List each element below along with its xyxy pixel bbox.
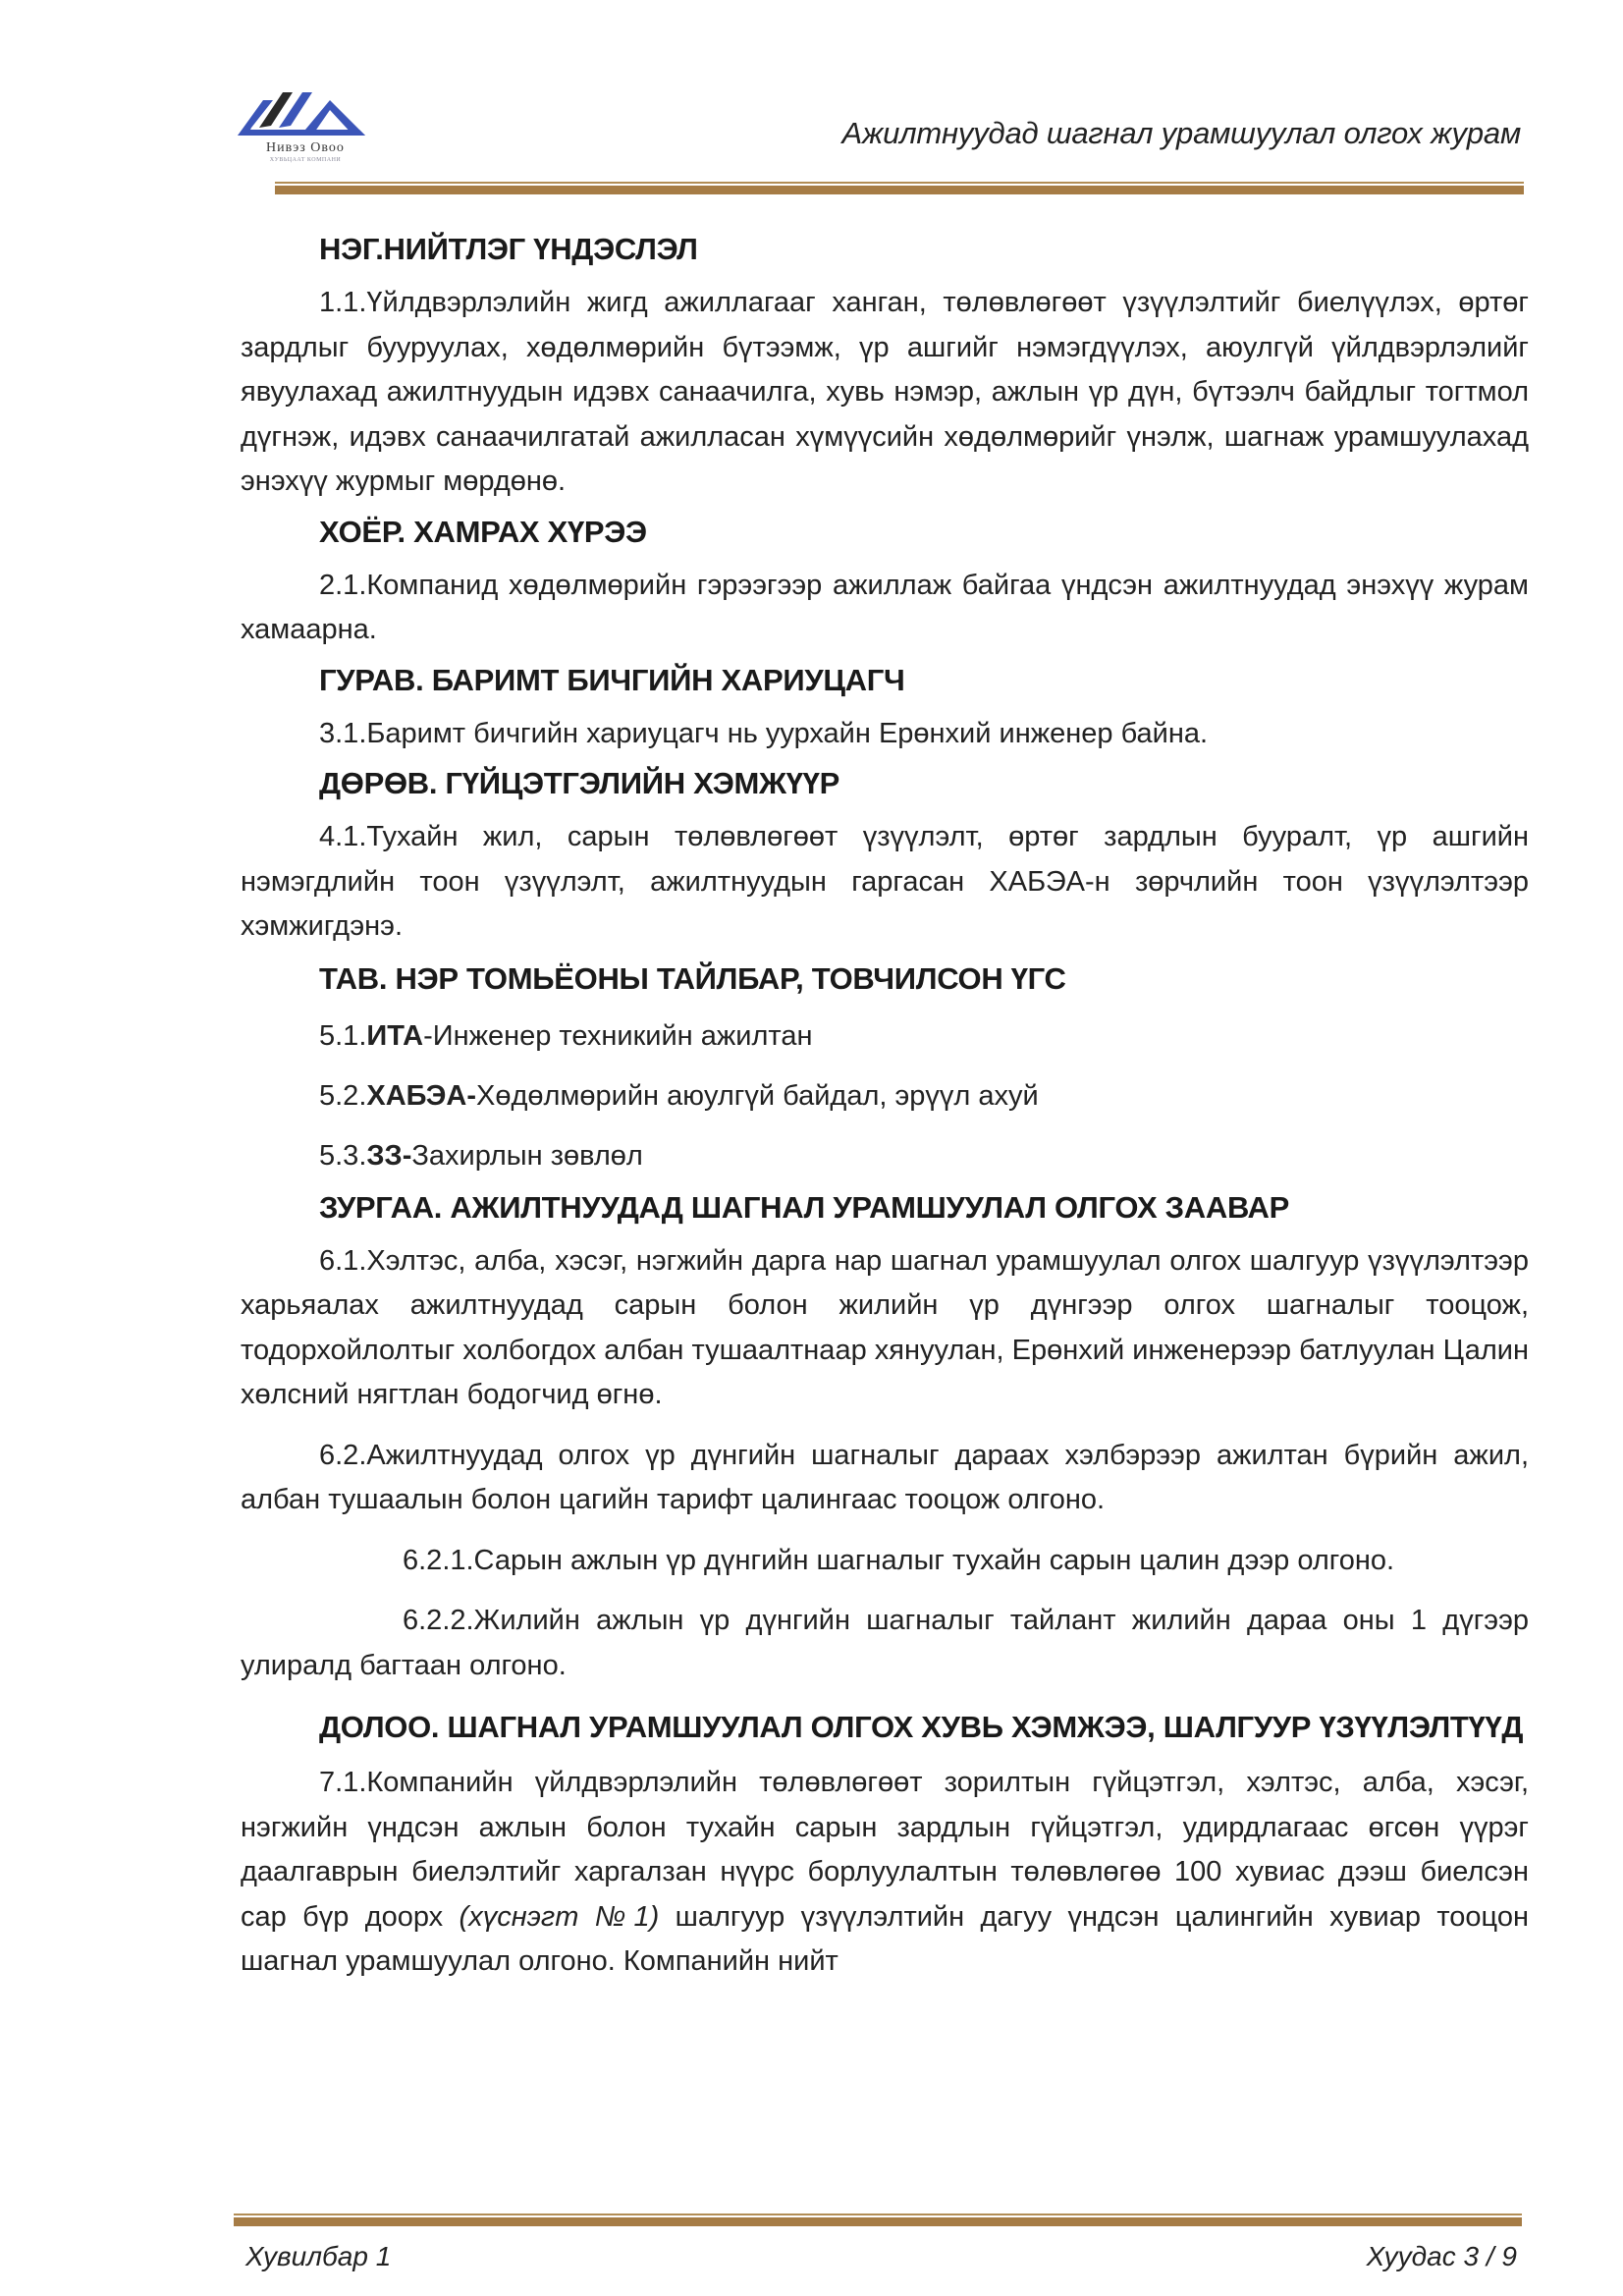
document-body: НЭГ.НИЙТЛЭГ ҮНДЭСЛЭЛ 1.1.Үйлдвэрлэлийн ж…: [241, 228, 1529, 1985]
logo-name: Нивэз Овоо: [232, 140, 379, 156]
section-heading-7: ДОЛОО. ШАГНАЛ УРАМШУУЛАЛ ОЛГОХ ХУВЬ ХЭМЖ…: [241, 1706, 1529, 1749]
paragraph-6-2: 6.2.Ажилтнуудад олгох үр дүнгийн шагналы…: [241, 1434, 1529, 1523]
version-label: Хувилбар 1: [245, 2241, 391, 2272]
paragraph-4-1: 4.1.Тухайн жил, сарын төлөвлөгөөт үзүүлэ…: [241, 815, 1529, 950]
section-heading-5: ТАВ. НЭР ТОМЬЁОНЫ ТАЙЛБАР, ТОВЧИЛСОН ҮГС: [319, 957, 1529, 1001]
page-number: Хуудас 3 / 9: [1367, 2241, 1517, 2272]
section-heading-3: ГУРАВ. БАРИМТ БИЧГИЙН ХАРИУЦАГЧ: [319, 659, 1529, 702]
definition-item: 5.2.ХАБЭА-Хөдөлмөрийн аюулгүй байдал, эр…: [319, 1074, 1529, 1119]
paragraph-7-1: 7.1.Компанийн үйлдвэрлэлийн төлөвлөгөөт …: [241, 1761, 1529, 1985]
section-heading-2: ХОЁР. ХАМРАХ ХҮРЭЭ: [319, 511, 1529, 554]
definition-term: ЗЗ-: [366, 1140, 411, 1172]
paragraph-2-1: 2.1.Компанид хөдөлмөрийн гэрээгээр ажилл…: [241, 564, 1529, 653]
footer-divider: [234, 2214, 1522, 2226]
paragraph-1-1: 1.1.Үйлдвэрлэлийн жигд ажиллагааг ханган…: [241, 281, 1529, 505]
mountain-logo-icon: [232, 86, 379, 143]
paragraph-6-1: 6.1.Хэлтэс, алба, хэсэг, нэгжийн дарга н…: [241, 1239, 1529, 1418]
logo-subtitle: ХУВЬЦААТ КОМПАНИ: [232, 157, 379, 163]
paragraph-3-1: 3.1.Баримт бичгийн хариуцагч нь уурхайн …: [241, 712, 1529, 757]
paragraph-6-2-1: 6.2.1.Сарын ажлын үр дүнгийн шагналыг ту…: [241, 1539, 1529, 1584]
section-heading-1: НЭГ.НИЙТЛЭГ ҮНДЭСЛЭЛ: [319, 228, 1529, 271]
company-logo: Нивэз Овоо ХУВЬЦААТ КОМПАНИ: [232, 86, 379, 175]
header-divider: [275, 182, 1524, 194]
document-title: Ажилтнуудад шагнал урамшуулал олгох жура…: [842, 116, 1522, 151]
table-reference: (хүснэгт №1): [460, 1901, 660, 1933]
definition-term: ИТА: [366, 1020, 423, 1052]
paragraph-6-2-2: 6.2.2.Жилийн ажлын үр дүнгийн шагналыг т…: [241, 1599, 1529, 1688]
definition-item: 5.3.ЗЗ-Захирлын зөвлөл: [319, 1134, 1529, 1178]
section-heading-4: ДӨРӨВ. ГҮЙЦЭТГЭЛИЙН ХЭМЖҮҮР: [319, 762, 1529, 805]
section-heading-6: ЗУРГАА. АЖИЛТНУУДАД ШАГНАЛ УРАМШУУЛАЛ ОЛ…: [319, 1186, 1529, 1230]
definition-item: 5.1.ИТА-Инженер техникийн ажилтан: [319, 1014, 1529, 1059]
definition-term: ХАБЭА-: [366, 1080, 476, 1112]
